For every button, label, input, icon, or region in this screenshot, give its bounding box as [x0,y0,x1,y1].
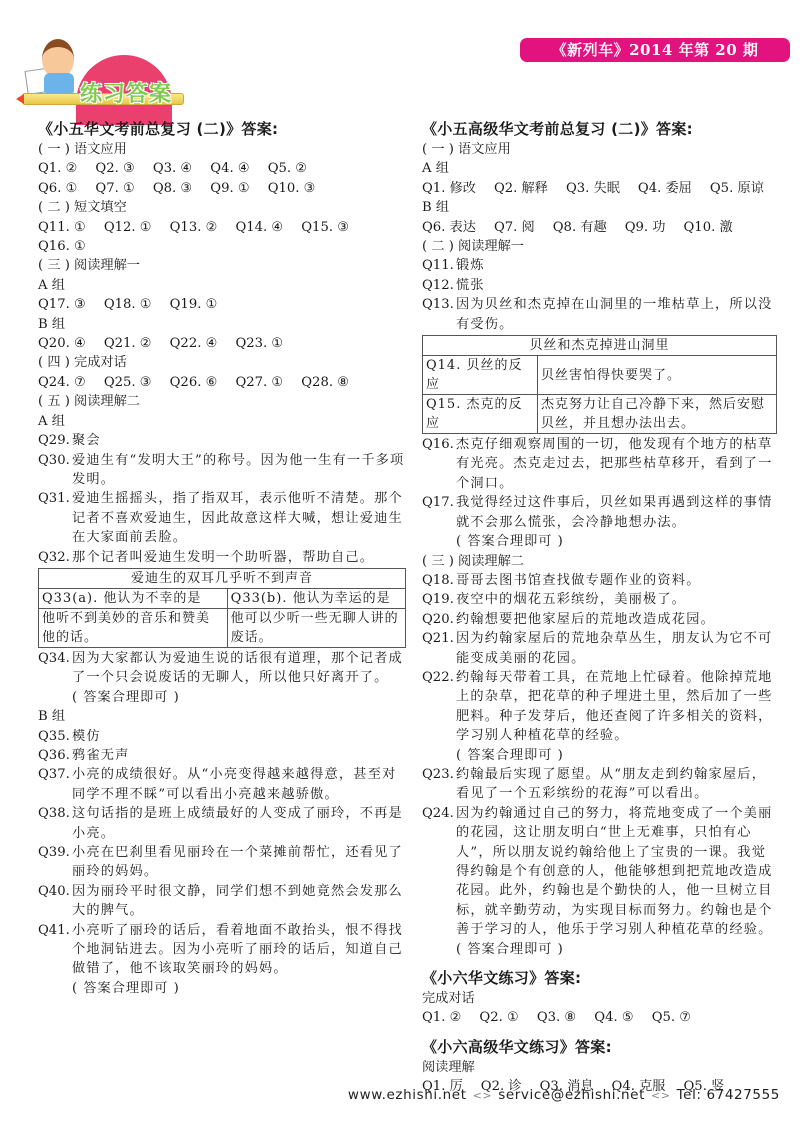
answer-text: 慌张 [456,276,777,295]
answer-note: ( 答案合理即可 ) [422,746,777,765]
table-row-value: 贝丝害怕得快要哭了。 [538,356,777,395]
logo-title: 练习答案 [80,77,172,108]
answer: Q10. ③ [268,181,316,196]
answer: Q24. ⑦ [38,375,86,390]
answer-row: Q17. ③Q18. ①Q19. ① [38,295,406,314]
answer: Q6. 表达 [422,220,476,235]
question-number: Q23. [422,765,456,804]
answer: Q4. ④ [210,161,249,176]
table-header-b: Q33(b). 他认为幸运的是 [227,588,405,608]
answer-text: 小亮的成绩很好。从“小亮变得越来越得意，甚至对同学不理不睬”可以看出小亮越来越骄… [72,765,406,804]
question-number: Q30. [38,451,72,490]
answer: Q20. ④ [38,336,86,351]
question-number: Q18. [422,571,456,590]
question-number: Q19. [422,590,456,609]
table-cell-b: 他可以少听一些无聊人讲的废话。 [227,608,405,647]
answer-text: 爱迪生摇摇头，指了指双耳，表示他听不清楚。那个记者不喜欢爱迪生，因此故意这样大喊… [72,489,406,547]
question-number: Q34. [38,649,72,688]
question-answer: Q32.那个记者叫爱迪生发明一个助听器，帮助自己。 [38,548,406,567]
table-row-value: 杰克努力让自己冷静下来，然后安慰贝丝，并且想办法出去。 [538,395,777,434]
separator-icon: <> [473,1089,493,1102]
question-number: Q12. [422,276,456,295]
answer-text: 因为丽玲平时很文静，同学们想不到她竟然会发那么大的脾气。 [72,882,406,921]
subsection-heading: ( 四 ) 完成对话 [38,353,406,372]
answer-note: ( 答案合理即可 ) [38,979,406,998]
question-answer: Q36.鸦雀无声 [38,746,406,765]
answer-text: 约翰最后实现了愿望。从“朋友走到约翰家屋后，看见了一个五彩缤纷的花海”可以看出。 [456,765,777,804]
question-number: Q32. [38,548,72,567]
answer: Q5. ② [268,161,307,176]
subsection-heading: ( 一 ) 语文应用 [422,140,777,159]
question-answer: Q38.这句话指的是班上成绩最好的人变成了丽玲，不再是小亮。 [38,804,406,843]
answer-row: Q6. ①Q7. ①Q8. ③Q9. ①Q10. ③ [38,179,406,198]
answer-text: 鸦雀无声 [72,746,406,765]
question-number: Q21. [422,629,456,668]
question-answer: Q31.爱迪生摇摇头，指了指双耳，表示他听不清楚。那个记者不喜欢爱迪生，因此故意… [38,489,406,547]
table-header-a: Q33(a). 他认为不幸的是 [39,588,228,608]
answer: Q26. ⑥ [170,375,218,390]
question-answer: Q41.小亮听了丽玲的话后，看着地面不敢抬头，恨不得找个地洞钻进去。因为小亮听了… [38,921,406,979]
answer: Q12. ① [104,220,152,235]
answer-row: Q1. ②Q2. ①Q3. ⑧Q4. ⑤Q5. ⑦ [422,1008,777,1027]
answer-text: 锻炼 [456,256,777,275]
answer: Q7. 阅 [494,220,535,235]
question-answer: Q20.约翰想要把他家屋后的荒地改造成花园。 [422,610,777,629]
answer-table-q14-q15: 贝丝和杰克掉进山洞里 Q14. 贝丝的反应 贝丝害怕得快要哭了。 Q15. 杰克… [422,335,777,434]
question-answer: Q22.约翰每天带着工具，在荒地上忙碌着。他除掉荒地上的杂草，把花草的种子埋进土… [422,668,777,746]
question-number: Q22. [422,668,456,746]
answer: Q11. ① [38,220,86,235]
question-number: Q37. [38,765,72,804]
answer: Q3. ④ [153,161,192,176]
question-answer: Q21.因为约翰家屋后的荒地杂草丛生，朋友认为它不可能变成美丽的花园。 [422,629,777,668]
question-answer: Q13.因为贝丝和杰克掉在山洞里的一堆枯草上，所以没有受伤。 [422,295,777,334]
question-answer: Q17.我觉得经过这件事后，贝丝如果再遇到这样的事情就不会那么慌张，会冷静地想办… [422,493,777,532]
question-number: Q24. [422,804,456,940]
table-row-label: Q14. 贝丝的反应 [423,356,538,395]
question-answer: Q19.夜空中的烟花五彩缤纷，美丽极了。 [422,590,777,609]
answer-sheet-page: 练习答案 《新列车》2014 年第 20 期 《小五华文考前总复习 (二)》答案… [0,0,811,1147]
question-answer: Q35.模仿 [38,727,406,746]
section-title: 《小六高级华文练习》答案: [422,1036,777,1058]
answer: Q23. ① [235,336,283,351]
answer-text: 那个记者叫爱迪生发明一个助听器，帮助自己。 [72,548,406,567]
answer-text: 模仿 [72,727,406,746]
subsection-heading: ( 二 ) 阅读理解一 [422,237,777,256]
answer: Q2. ③ [95,161,134,176]
question-number: Q13. [422,295,456,334]
answer: Q8. ③ [153,181,192,196]
question-number: Q17. [422,493,456,532]
question-answer: Q11.锻炼 [422,256,777,275]
table-title: 爱迪生的双耳几乎听不到声音 [39,568,406,588]
group-label: B 组 [38,315,406,334]
answer: Q9. 功 [625,220,666,235]
section-title: 《小五华文考前总复习 (二)》答案: [38,118,406,140]
answer: Q4. ⑤ [594,1010,633,1025]
answer: Q2. ① [479,1010,518,1025]
phone-number: Tel: 67427555 [677,1087,780,1103]
subsection-heading: 阅读理解 [422,1058,777,1077]
answer: Q2. 解释 [494,181,548,196]
answer-note: ( 答案合理即可 ) [422,532,777,551]
table-row-label: Q15. 杰克的反应 [423,395,538,434]
answer-text: 哥哥去图书馆查找做专题作业的资料。 [456,571,777,590]
answer: Q3. ⑧ [537,1010,576,1025]
question-number: Q11. [422,256,456,275]
contact-footer: www.ezhishi.net<>service@ezhishi.net<>Te… [310,1087,780,1103]
answer: Q14. ④ [235,220,283,235]
answer: Q4. 委屈 [638,181,692,196]
subsection-heading: 完成对话 [422,989,777,1008]
right-column: 《小五高级华文考前总复习 (二)》答案: ( 一 ) 语文应用 A 组 Q1. … [422,118,777,1097]
pencil-tip-icon [16,94,24,104]
answer: Q17. ③ [38,297,86,312]
subsection-heading: ( 三 ) 阅读理解一 [38,256,406,275]
separator-icon: <> [651,1089,671,1102]
question-number: Q31. [38,489,72,547]
group-label: A 组 [38,412,406,431]
question-number: Q38. [38,804,72,843]
question-number: Q36. [38,746,72,765]
answer: Q15. ③ [301,220,349,235]
question-answer: Q34.因为大家都认为爱迪生说的话很有道理，那个记者成了一个只会说废话的无聊人，… [38,649,406,688]
table-cell-a: 他听不到美妙的音乐和赞美他的话。 [39,608,228,647]
question-answer: Q30.爱迪生有“发明大王”的称号。因为他一生有一千多项发明。 [38,451,406,490]
answer-note: ( 答案合理即可 ) [38,688,406,707]
left-column: 《小五华文考前总复习 (二)》答案: ( 一 ) 语文应用 Q1. ②Q2. ③… [38,118,406,998]
answer-text: 杰克仔细观察周围的一切，他发现有个地方的枯草有光亮。杰克走过去，把那些枯草移开，… [456,435,777,493]
answer-row: Q16. ① [38,237,406,256]
section-title: 《小五高级华文考前总复习 (二)》答案: [422,118,777,140]
subsection-heading: ( 一 ) 语文应用 [38,140,406,159]
answer-text: 约翰想要把他家屋后的荒地改造成花园。 [456,610,777,629]
answer: Q5. ⑦ [652,1010,691,1025]
answer: Q27. ① [235,375,283,390]
question-answer: Q18.哥哥去图书馆查找做专题作业的资料。 [422,571,777,590]
answer-row: Q1. 修改Q2. 解释Q3. 失眠Q4. 委屈Q5. 原谅 [422,179,777,198]
answer-row: Q11. ①Q12. ①Q13. ②Q14. ④Q15. ③ [38,218,406,237]
answer: Q25. ③ [104,375,152,390]
question-answer: Q39.小亮在巴刹里看见丽玲在一个菜摊前帮忙，还看见了丽玲的妈妈。 [38,843,406,882]
website-link[interactable]: www.ezhishi.net [348,1087,467,1103]
answer-note: ( 答案合理即可 ) [422,940,777,959]
question-answer: Q16.杰克仔细观察周围的一切，他发现有个地方的枯草有光亮。杰克走过去，把那些枯… [422,435,777,493]
question-answer: Q37.小亮的成绩很好。从“小亮变得越来越得意，甚至对同学不理不睬”可以看出小亮… [38,765,406,804]
answer-text: 因为贝丝和杰克掉在山洞里的一堆枯草上，所以没有受伤。 [456,295,777,334]
answer: Q9. ① [210,181,249,196]
answer-text: 夜空中的烟花五彩缤纷，美丽极了。 [456,590,777,609]
answer: Q13. ② [170,220,218,235]
answer: Q28. ⑧ [301,375,349,390]
question-answer: Q23.约翰最后实现了愿望。从“朋友走到约翰家屋后，看见了一个五彩缤纷的花海”可… [422,765,777,804]
question-number: Q20. [422,610,456,629]
table-title: 贝丝和杰克掉进山洞里 [423,336,777,356]
answer: Q1. ② [422,1010,461,1025]
answer: Q3. 失眠 [566,181,620,196]
subsection-heading: ( 二 ) 短文填空 [38,198,406,217]
answer: Q6. ① [38,181,77,196]
answer: Q21. ② [104,336,152,351]
question-number: Q29. [38,431,72,450]
question-answer: Q40.因为丽玲平时很文静，同学们想不到她竟然会发那么大的脾气。 [38,882,406,921]
answer-text: 因为大家都认为爱迪生说的话很有道理，那个记者成了一个只会说废话的无聊人，所以他只… [72,649,406,688]
practice-answers-logo: 练习答案 [14,35,174,107]
answer: Q18. ① [104,297,152,312]
answer: Q5. 原谅 [710,181,764,196]
question-number: Q35. [38,727,72,746]
answer: Q10. 激 [684,220,733,235]
email-link[interactable]: service@ezhishi.net [498,1087,645,1103]
answer-row: Q6. 表达Q7. 阅Q8. 有趣Q9. 功Q10. 激 [422,218,777,237]
question-number: Q41. [38,921,72,979]
answer: Q7. ① [95,181,134,196]
answer-text: 小亮听了丽玲的话后，看着地面不敢抬头，恨不得找个地洞钻进去。因为小亮听了丽玲的话… [72,921,406,979]
answer-text: 聚会 [72,431,406,450]
answer-text: 小亮在巴刹里看见丽玲在一个菜摊前帮忙，还看见了丽玲的妈妈。 [72,843,406,882]
answer-text: 我觉得经过这件事后，贝丝如果再遇到这样的事情就不会那么慌张，会冷静地想办法。 [456,493,777,532]
question-answer: Q12.慌张 [422,276,777,295]
group-label: A 组 [422,159,777,178]
answer-text: 因为约翰家屋后的荒地杂草丛生，朋友认为它不可能变成美丽的花园。 [456,629,777,668]
answer-table-q33: 爱迪生的双耳几乎听不到声音 Q33(a). 他认为不幸的是 Q33(b). 他认… [38,568,406,648]
question-answer: Q29.聚会 [38,431,406,450]
answer-text: 因为约翰通过自己的努力，将荒地变成了一个美丽的花园，这让朋友明白“世上无难事，只… [456,804,777,940]
answer: Q8. 有趣 [553,220,607,235]
answer-row: Q1. ②Q2. ③Q3. ④Q4. ④Q5. ② [38,159,406,178]
group-label: B 组 [38,707,406,726]
answer-text: 爱迪生有“发明大王”的称号。因为他一生有一千多项发明。 [72,451,406,490]
question-answer: Q24.因为约翰通过自己的努力，将荒地变成了一个美丽的花园，这让朋友明白“世上无… [422,804,777,940]
answer: Q19. ① [170,297,218,312]
question-number: Q40. [38,882,72,921]
subsection-heading: ( 五 ) 阅读理解二 [38,392,406,411]
answer: Q1. 修改 [422,181,476,196]
group-label: A 组 [38,276,406,295]
answer-text: 这句话指的是班上成绩最好的人变成了丽玲，不再是小亮。 [72,804,406,843]
cartoon-boy-body [44,73,74,93]
answer: Q1. ② [38,161,77,176]
answer-text: 约翰每天带着工具，在荒地上忙碌着。他除掉荒地上的杂草，把花草的种子埋进土里，然后… [456,668,777,746]
answer-row: Q20. ④Q21. ②Q22. ④Q23. ① [38,334,406,353]
answer: Q16. ① [38,239,86,254]
question-number: Q39. [38,843,72,882]
group-label: B 组 [422,198,777,217]
section-title: 《小六华文练习》答案: [422,967,777,989]
answer: Q22. ④ [170,336,218,351]
answer-row: Q24. ⑦Q25. ③Q26. ⑥Q27. ①Q28. ⑧ [38,373,406,392]
issue-badge: 《新列车》2014 年第 20 期 [520,38,790,62]
subsection-heading: ( 三 ) 阅读理解二 [422,552,777,571]
question-number: Q16. [422,435,456,493]
